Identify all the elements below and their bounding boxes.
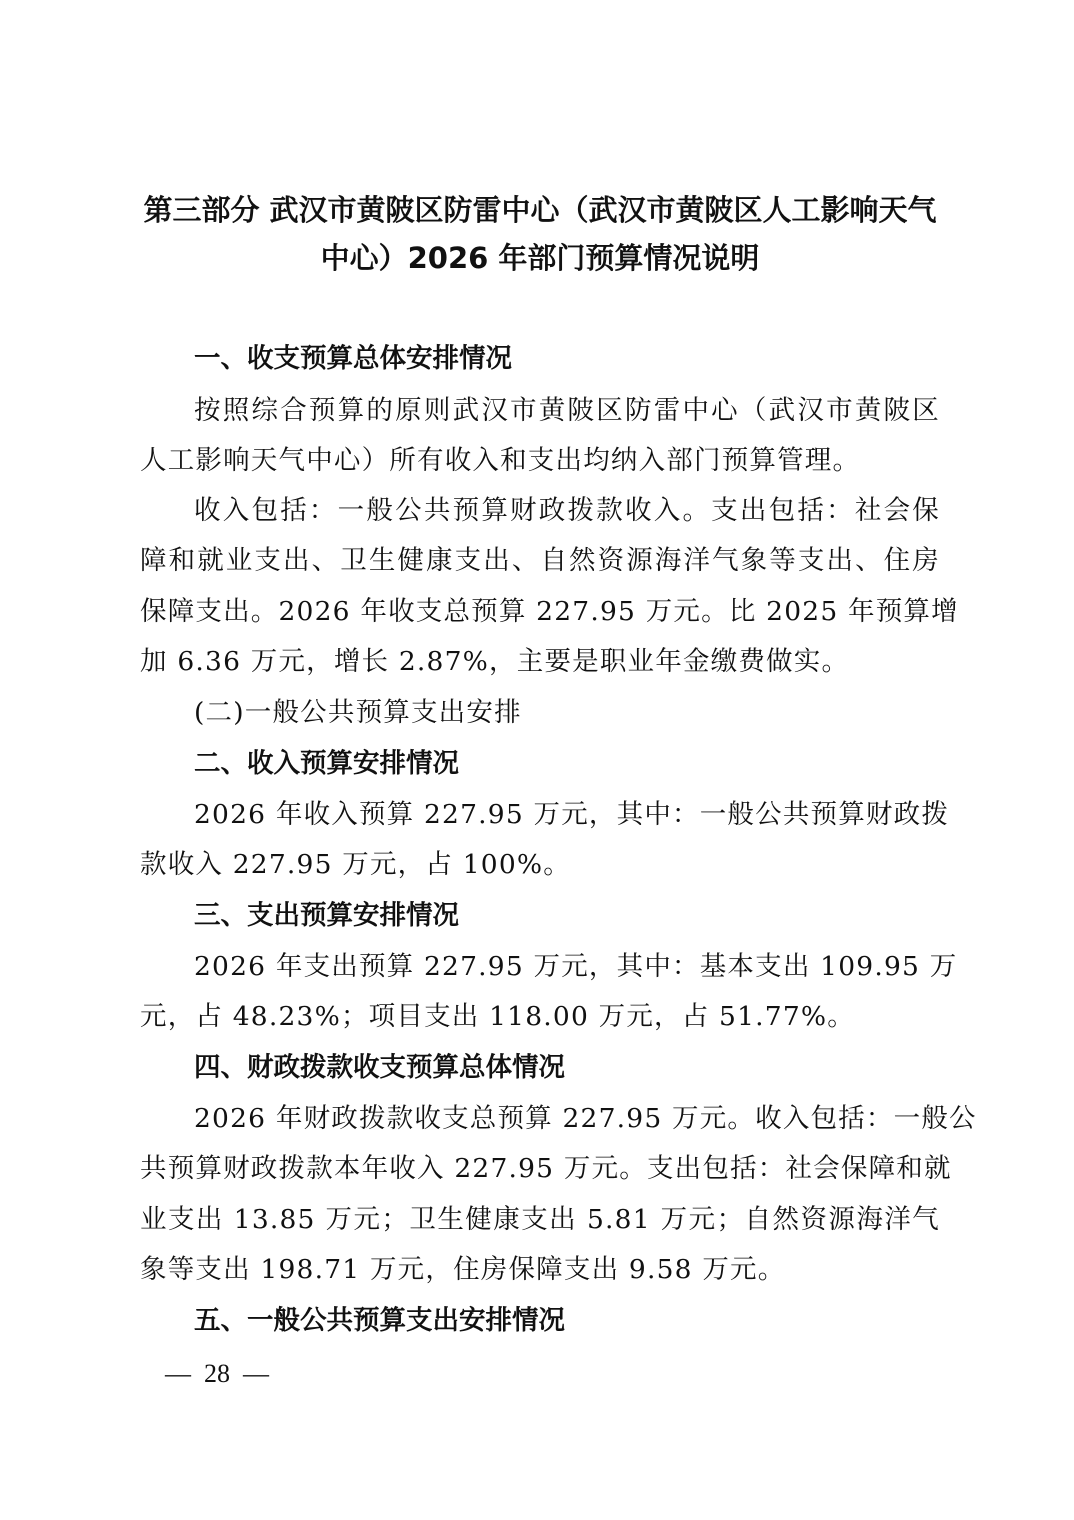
page-number: — 28 — — [165, 1356, 269, 1392]
section-heading-1: 一、收支预算总体安排情况 — [194, 339, 940, 379]
paragraph-line: 象等支出 198.71 万元，住房保障支出 9.58 万元。 — [140, 1250, 940, 1290]
paragraph-line: 共预算财政拨款本年收入 227.95 万元。支出包括：社会保障和就 — [140, 1149, 940, 1189]
section-heading-3: 三、支出预算安排情况 — [194, 896, 940, 936]
section-heading-5: 五、一般公共预算支出安排情况 — [194, 1301, 940, 1341]
paragraph-line: 款收入 227.95 万元，占 100%。 — [140, 845, 940, 885]
paragraph-line: 2026 年支出预算 227.95 万元，其中：基本支出 109.95 万 — [194, 947, 940, 987]
paragraph-line: 业支出 13.85 万元；卫生健康支出 5.81 万元；自然资源海洋气 — [140, 1200, 940, 1240]
paragraph-line: 元，占 48.23%；项目支出 118.00 万元，占 51.77%。 — [140, 997, 940, 1037]
document-title-line-1: 第三部分 武汉市黄陂区防雷中心（武汉市黄陂区人工影响天气 — [130, 185, 950, 235]
paragraph-line: 收入包括：一般公共预算财政拨款收入。支出包括：社会保 — [194, 491, 940, 531]
section-heading-4: 四、财政拨款收支预算总体情况 — [194, 1048, 940, 1088]
section-heading-2: 二、收入预算安排情况 — [194, 744, 940, 784]
paragraph-line: 保障支出。2026 年收支总预算 227.95 万元。比 2025 年预算增 — [140, 592, 940, 632]
document-title-line-2: 中心）2026 年部门预算情况说明 — [130, 233, 950, 283]
paragraph-line: 按照综合预算的原则武汉市黄陂区防雷中心（武汉市黄陂区 — [194, 391, 940, 431]
paragraph-line: 人工影响天气中心）所有收入和支出均纳入部门预算管理。 — [140, 441, 940, 481]
paragraph-line: 2026 年财政拨款收支总预算 227.95 万元。收入包括：一般公 — [194, 1099, 940, 1139]
paragraph-line: 障和就业支出、卫生健康支出、自然资源海洋气象等支出、住房 — [140, 541, 940, 581]
paragraph-line: 加 6.36 万元，增长 2.87%，主要是职业年金缴费做实。 — [140, 642, 940, 682]
document-page: 第三部分 武汉市黄陂区防雷中心（武汉市黄陂区人工影响天气 中心）2026 年部门… — [0, 0, 1074, 1520]
paragraph-line: 2026 年收入预算 227.95 万元，其中：一般公共预算财政拨 — [194, 795, 940, 835]
subsection-label: (二)一般公共预算支出安排 — [194, 693, 940, 733]
